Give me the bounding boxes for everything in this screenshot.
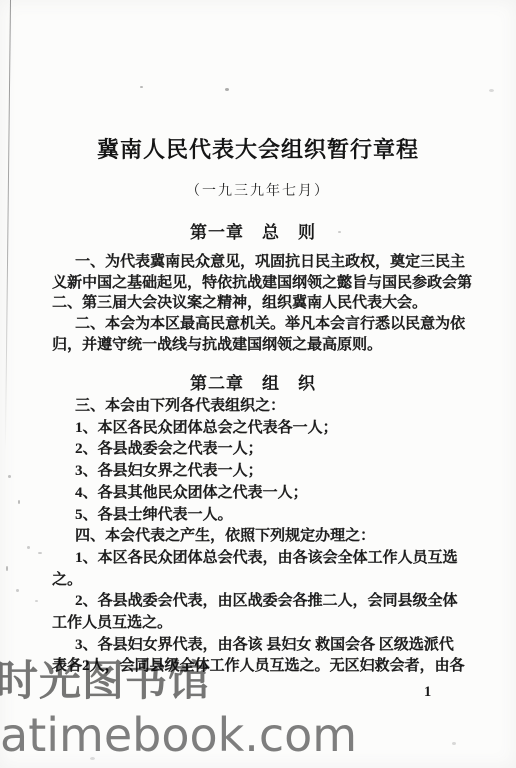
text-line: 三、本会由下列各代表组织之： [52, 396, 482, 418]
document-date-subtitle: （一九三九年七月） [0, 180, 516, 200]
page-number: 1 [424, 684, 431, 701]
scan-speck [452, 742, 456, 745]
text-line: 3、各县妇女界之代表一人； [52, 461, 482, 483]
watermark-domain: atimebook.com [0, 712, 357, 758]
scan-speck [140, 86, 143, 88]
scan-speck [27, 546, 30, 549]
scan-speck [225, 88, 229, 91]
text-line: 一、为代表冀南民众意见，巩固抗日民主政权，奠定三民主 [52, 252, 482, 273]
scan-speck [35, 600, 38, 602]
scan-speck [8, 475, 11, 478]
scan-speck [38, 552, 42, 554]
text-line: 工作人员互选之。 [52, 613, 482, 635]
scan-speck [18, 500, 20, 504]
text-line: 2、各县战委会代表，由区战委会各推二人，会同县级全体 [52, 591, 482, 613]
text-line: 四、本会代表之产生，依照下列规定办理之： [52, 526, 482, 548]
chapter-1-body: 一、为代表冀南民众意见，巩固抗日民主政权，奠定三民主义新中国之基础起见，特依抗战… [52, 252, 482, 356]
chapter-2-body: 三、本会由下列各代表组织之：1、本区各民众团体总会之代表各一人；2、各县战委会之… [52, 396, 482, 678]
text-line: 5、各县士绅代表一人。 [52, 505, 482, 527]
text-line: 2、各县战委会之代表一人； [52, 439, 482, 461]
scan-speck [16, 589, 19, 592]
chapter-2-heading: 第二章 组 织 [0, 369, 506, 394]
watermark-library-name: 时光图书馆 [0, 660, 211, 702]
text-line: 1、本区各民众团体总会代表，由各该会全体工作人员互选 [52, 548, 482, 570]
text-line: 1、本区各民众团体总会之代表各一人； [52, 418, 482, 440]
text-line: 4、各县其他民众团体之代表一人； [52, 483, 482, 505]
chapter-1-heading: 第一章 总 则 [0, 218, 506, 243]
text-line: 3、各县妇女界代表，由各该 县妇女 救国会各 区级选派代 [52, 635, 482, 657]
text-line: 二、本会为本区最高民意机关。举凡本会言行悉以民意为依 [52, 314, 482, 335]
document-title: 冀南人民代表大会组织暂行章程 [0, 133, 516, 164]
text-line: 之。 [52, 570, 482, 592]
text-line: 二、第三届大会决议案之精神，组织冀南人民代表大会。 [52, 293, 482, 314]
text-line: 义新中国之基础起见，特依抗战建国纲领之懿旨与国民参政会第 [52, 273, 482, 294]
scan-speck [6, 566, 8, 571]
scanned-document-page: 冀南人民代表大会组织暂行章程 （一九三九年七月） 第一章 总 则 一、为代表冀南… [0, 0, 516, 768]
text-line: 归，并遵守统一战线与抗战建国纲领之最高原则。 [52, 335, 482, 356]
scan-speck [489, 89, 494, 92]
